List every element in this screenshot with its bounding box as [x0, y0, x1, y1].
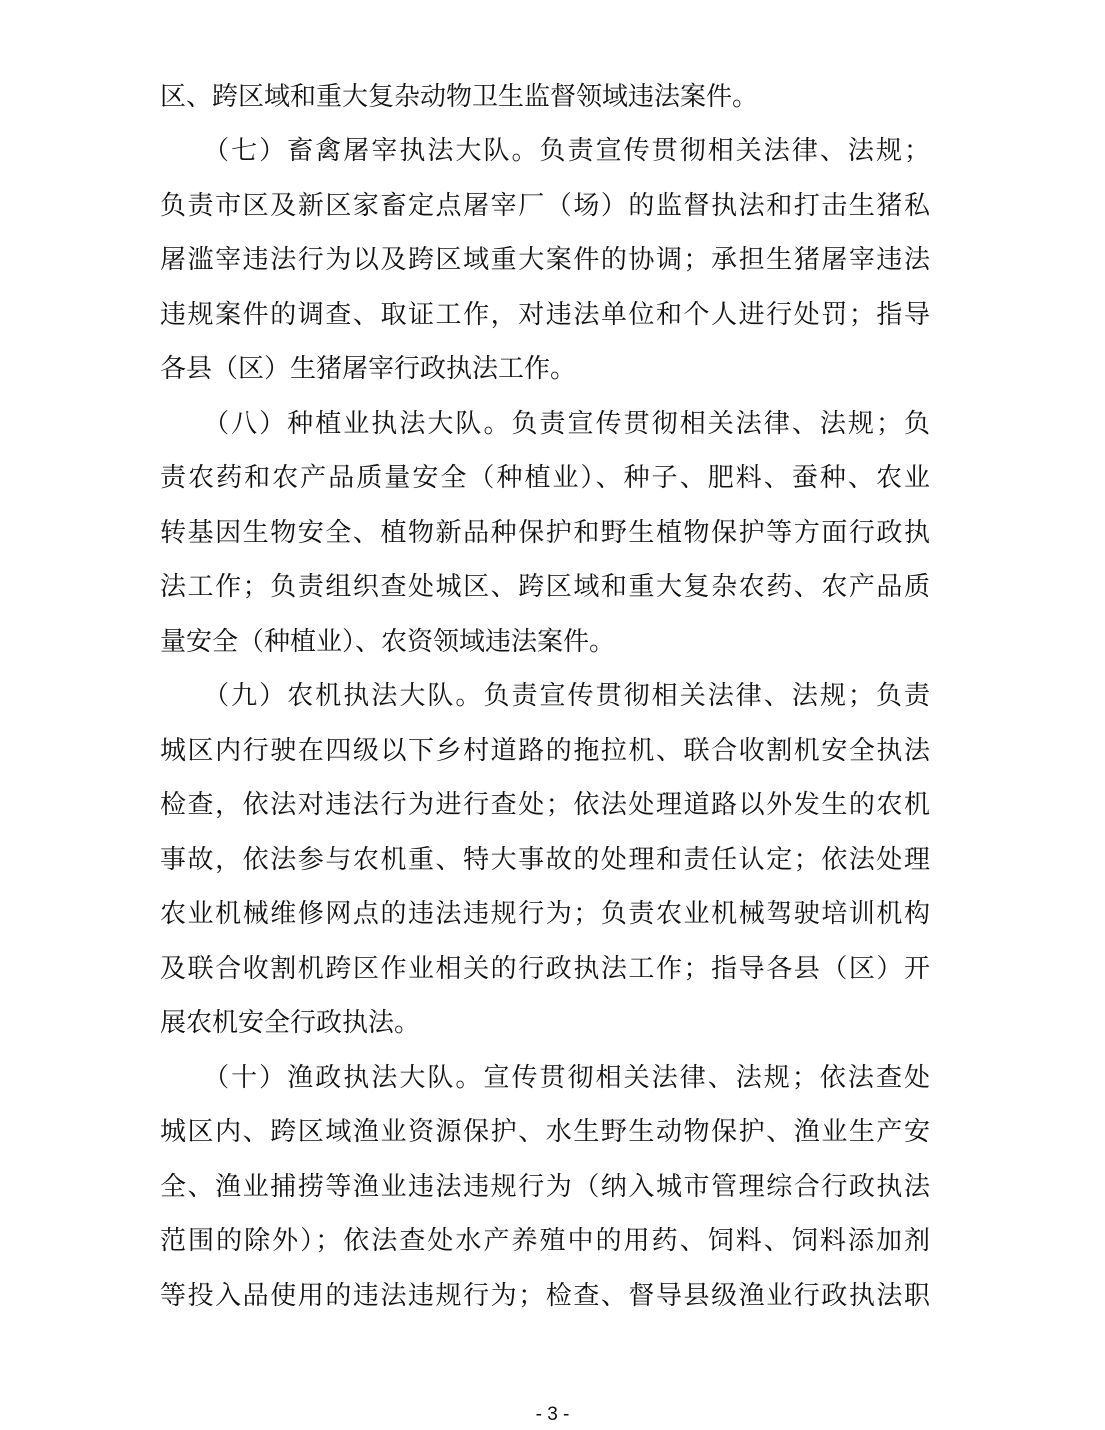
text-line: 检查，依法对违法行为进行查处；依法处理道路以外发生的农机: [160, 785, 930, 825]
document-page: 区、跨区域和重大复杂动物卫生监督领域违法案件。 （七）畜禽屠宰执法大队。负责宣传…: [0, 0, 1105, 1430]
text-line: 展农机安全行政执法。: [160, 1003, 930, 1043]
text-line: 事故，依法参与农机重、特大事故的处理和责任认定；依法处理: [160, 840, 930, 880]
text-line: （十）渔政执法大队。宣传贯彻相关法律、法规；依法查处: [160, 1058, 930, 1098]
text-line: 屠滥宰违法行为以及跨区域重大案件的协调；承担生猪屠宰违法: [160, 240, 930, 280]
text-line: 城区内行驶在四级以下乡村道路的拖拉机、联合收割机安全执法: [160, 731, 930, 771]
text-line: 农业机械维修网点的违法违规行为；负责农业机械驾驶培训机构: [160, 894, 930, 934]
page-number: - 3 -: [0, 1404, 1105, 1426]
text-line: （九）农机执法大队。负责宣传贯彻相关法律、法规；负责: [160, 676, 930, 716]
text-line: 违规案件的调查、取证工作，对违法单位和个人进行处罚；指导: [160, 295, 930, 335]
text-line: （七）畜禽屠宰执法大队。负责宣传贯彻相关法律、法规；: [160, 131, 930, 171]
text-line: 法工作；负责组织查处城区、跨区域和重大复杂农药、农产品质: [160, 567, 930, 607]
text-line: （八）种植业执法大队。负责宣传贯彻相关法律、法规；负: [160, 404, 930, 444]
text-line: 范围的除外）；依法查处水产养殖中的用药、饲料、饲料添加剂: [160, 1221, 930, 1261]
text-line: 等投入品使用的违法违规行为；检查、督导县级渔业行政执法职: [160, 1276, 930, 1316]
text-line: 区、跨区域和重大复杂动物卫生监督领域违法案件。: [160, 77, 930, 117]
text-line: 负责市区及新区家畜定点屠宰厂（场）的监督执法和打击生猪私: [160, 186, 930, 226]
text-line: 全、渔业捕捞等渔业违法违规行为（纳入城市管理综合行政执法: [160, 1167, 930, 1207]
text-line: 转基因生物安全、植物新品种保护和野生植物保护等方面行政执: [160, 513, 930, 553]
text-line: 城区内、跨区域渔业资源保护、水生野生动物保护、渔业生产安: [160, 1112, 930, 1152]
text-line: 责农药和农产品质量安全（种植业）、种子、肥料、蚕种、农业: [160, 458, 930, 498]
text-line: 各县（区）生猪屠宰行政执法工作。: [160, 349, 930, 389]
text-line: 及联合收割机跨区作业相关的行政执法工作；指导各县（区）开: [160, 949, 930, 989]
text-line: 量安全（种植业）、农资领域违法案件。: [160, 622, 930, 662]
